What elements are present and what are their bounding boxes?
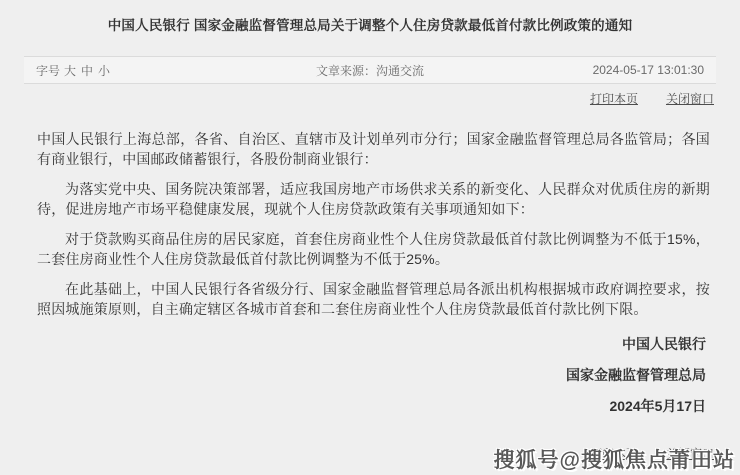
paragraph-addressees: 中国人民银行上海总部，各省、自治区、直辖市及计划单列市分行；国家金融监督管理总局… — [37, 129, 710, 169]
meta-bar: 字号 大 中 小 文章来源：沟通交流 2024-05-17 13:01:30 — [24, 56, 716, 84]
font-size-option-medium[interactable]: 中 — [80, 62, 94, 79]
font-size-option-small[interactable]: 小 — [97, 62, 111, 79]
paragraph-local-policy: 在此基础上，中国人民银行各省级分行、国家金融监督管理总局各派出机构根据城市政府调… — [37, 279, 710, 319]
signature-org-pboc: 中国人民银行 — [0, 334, 706, 354]
article-page: 中国人民银行 国家金融监督管理总局关于调整个人住房贷款最低首付款比例政策的通知 … — [0, 0, 740, 475]
signature-org-nfra: 国家金融监督管理总局 — [0, 365, 706, 385]
paragraph-downpayment-ratios: 对于贷款购买商品住房的居民家庭，首套住房商业性个人住房贷款最低首付款比例调整为不… — [37, 229, 710, 269]
article-body: 中国人民银行上海总部，各省、自治区、直辖市及计划单列市分行；国家金融监督管理总局… — [37, 129, 710, 319]
font-size-selector: 字号 大 中 小 — [36, 62, 316, 79]
signature-block: 中国人民银行 国家金融监督管理总局 2024年5月17日 — [0, 334, 706, 416]
paragraph-preamble: 为落实党中央、国务院决策部署，适应我国房地产市场供求关系的新变化、人民群众对优质… — [37, 179, 710, 219]
top-action-links: 打印本页 关闭窗口 — [0, 90, 714, 107]
font-size-option-large[interactable]: 大 — [63, 62, 77, 79]
sohu-watermark: 搜狐号@搜狐焦点莆田站 — [494, 444, 735, 474]
signature-date: 2024年5月17日 — [0, 396, 706, 416]
font-size-label: 字号 — [36, 62, 60, 79]
print-page-link[interactable]: 打印本页 — [590, 90, 638, 107]
close-window-link[interactable]: 关闭窗口 — [666, 90, 714, 107]
publish-timestamp: 2024-05-17 13:01:30 — [424, 63, 704, 77]
article-source: 文章来源：沟通交流 — [316, 62, 424, 79]
page-title: 中国人民银行 国家金融监督管理总局关于调整个人住房贷款最低首付款比例政策的通知 — [64, 0, 676, 37]
